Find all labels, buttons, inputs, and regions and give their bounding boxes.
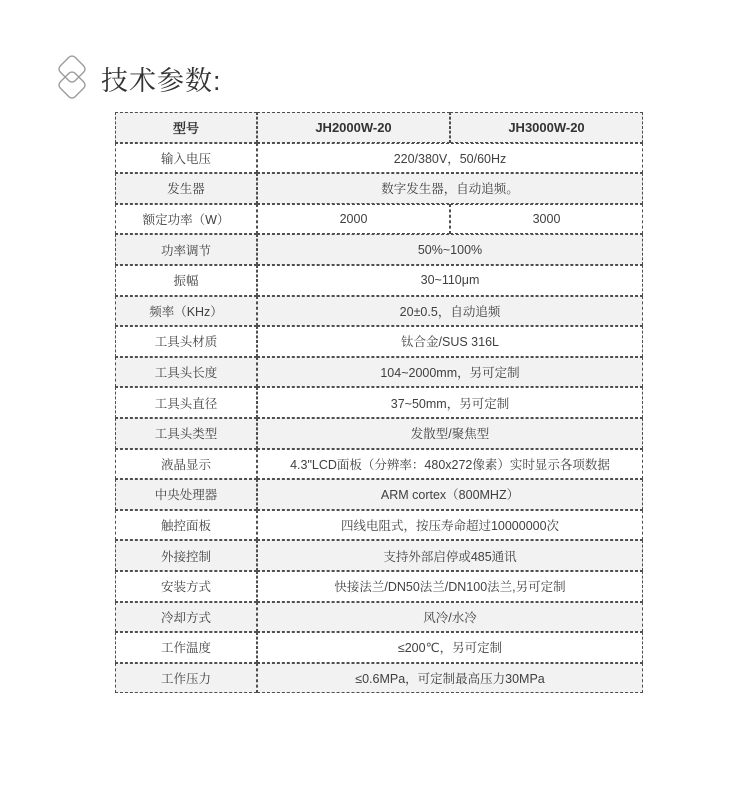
spec-label-cell: 外接控制: [115, 540, 257, 571]
spec-row: 发生器数字发生器，自动追频。: [115, 173, 643, 204]
spec-row: 额定功率（W）20003000: [115, 204, 643, 235]
spec-label-cell: 工具头直径: [115, 387, 257, 418]
spec-label-cell: 输入电压: [115, 143, 257, 174]
spec-label-cell: 发生器: [115, 173, 257, 204]
spec-row: 工具头材质钛合金/SUS 316L: [115, 326, 643, 357]
spec-label-cell: 工具头材质: [115, 326, 257, 357]
spec-row: 外接控制支持外部启停或485通讯: [115, 540, 643, 571]
spec-value-cell: ARM cortex（800MHZ）: [257, 479, 643, 510]
spec-value-cell: 30~110μm: [257, 265, 643, 296]
spec-row: 触控面板四线电阻式，按压寿命超过10000000次: [115, 510, 643, 541]
double-diamond-icon: [52, 53, 92, 103]
spec-row: 冷却方式风冷/水冷: [115, 602, 643, 633]
spec-label-cell: 安装方式: [115, 571, 257, 602]
spec-label-cell: 触控面板: [115, 510, 257, 541]
spec-row: 液晶显示4.3"LCD面板（分辨率：480x272像素）实时显示各项数据: [115, 449, 643, 480]
spec-value-cell: 4.3"LCD面板（分辨率：480x272像素）实时显示各项数据: [257, 449, 643, 480]
spec-value-cell: 3000: [450, 204, 643, 235]
spec-row: 工作温度≤200℃，另可定制: [115, 632, 643, 663]
spec-label-cell: 冷却方式: [115, 602, 257, 633]
spec-label-cell: 频率（KHz）: [115, 296, 257, 327]
page-title: 技术参数:: [101, 59, 222, 98]
spec-row: 工作压力≤0.6MPa，可定制最高压力30MPa: [115, 663, 643, 694]
spec-label-cell: 工作温度: [115, 632, 257, 663]
spec-row: 安装方式快接法兰/DN50法兰/DN100法兰,另可定制: [115, 571, 643, 602]
spec-value-cell: ≤200℃，另可定制: [257, 632, 643, 663]
spec-row: 输入电压220/380V，50/60Hz: [115, 143, 643, 174]
header-cell-model-2: JH3000W-20: [450, 112, 643, 143]
spec-label-cell: 液晶显示: [115, 449, 257, 480]
section-header: 技术参数:: [0, 0, 750, 104]
spec-value-cell: 支持外部启停或485通讯: [257, 540, 643, 571]
spec-row: 频率（KHz）20±0.5，自动追频: [115, 296, 643, 327]
spec-label-cell: 工具头类型: [115, 418, 257, 449]
spec-label-cell: 工具头长度: [115, 357, 257, 388]
page: 技术参数: 型号 JH2000W-20 JH3000W-20 输入电压220/3…: [0, 0, 750, 804]
spec-row: 工具头直径37~50mm，另可定制: [115, 387, 643, 418]
spec-value-cell: 20±0.5，自动追频: [257, 296, 643, 327]
spec-row: 中央处理器ARM cortex（800MHZ）: [115, 479, 643, 510]
spec-label-cell: 功率调节: [115, 234, 257, 265]
spec-value-cell: 数字发生器，自动追频。: [257, 173, 643, 204]
spec-value-cell: 220/380V，50/60Hz: [257, 143, 643, 174]
spec-label-cell: 中央处理器: [115, 479, 257, 510]
spec-value-cell: 快接法兰/DN50法兰/DN100法兰,另可定制: [257, 571, 643, 602]
spec-value-cell: 104~2000mm，另可定制: [257, 357, 643, 388]
table-header-row: 型号 JH2000W-20 JH3000W-20: [115, 112, 643, 143]
spec-value-cell: 四线电阻式，按压寿命超过10000000次: [257, 510, 643, 541]
spec-value-cell: 37~50mm，另可定制: [257, 387, 643, 418]
spec-table-body: 输入电压220/380V，50/60Hz发生器数字发生器，自动追频。额定功率（W…: [115, 143, 643, 694]
spec-label-cell: 工作压力: [115, 663, 257, 694]
spec-value-cell: 发散型/聚焦型: [257, 418, 643, 449]
spec-value-cell: 50%~100%: [257, 234, 643, 265]
spec-value-cell: 钛合金/SUS 316L: [257, 326, 643, 357]
spec-value-cell: 2000: [257, 204, 450, 235]
spec-row: 工具头类型发散型/聚焦型: [115, 418, 643, 449]
header-cell-model-1: JH2000W-20: [257, 112, 450, 143]
spec-row: 功率调节50%~100%: [115, 234, 643, 265]
header-cell-model-label: 型号: [115, 112, 257, 143]
spec-table: 型号 JH2000W-20 JH3000W-20 输入电压220/380V，50…: [115, 112, 643, 693]
spec-value-cell: 风冷/水冷: [257, 602, 643, 633]
spec-row: 振幅30~110μm: [115, 265, 643, 296]
spec-label-cell: 额定功率（W）: [115, 204, 257, 235]
spec-row: 工具头长度104~2000mm，另可定制: [115, 357, 643, 388]
spec-label-cell: 振幅: [115, 265, 257, 296]
spec-value-cell: ≤0.6MPa，可定制最高压力30MPa: [257, 663, 643, 694]
